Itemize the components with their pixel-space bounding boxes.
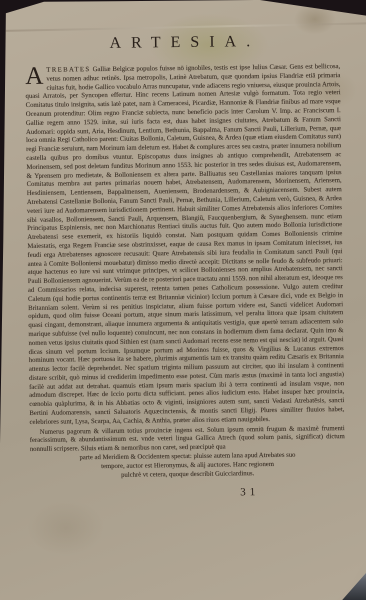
page-content: ARTESIA. ATREBATES Galliæ Belgicæ populo… bbox=[0, 0, 366, 600]
drop-cap: A bbox=[25, 67, 46, 86]
book-photo: ARTESIA. ATREBATES Galliæ Belgicæ populo… bbox=[0, 0, 366, 600]
page-number: 31 bbox=[240, 487, 259, 499]
book-page: ARTESIA. ATREBATES Galliæ Belgicæ populo… bbox=[0, 0, 366, 600]
paragraph-second: Numerus pagorum & villarum totius prouin… bbox=[30, 425, 345, 455]
paragraph-main-text: Galliæ Belgicæ populos fuisse nō ignobil… bbox=[25, 63, 344, 426]
page-title: ARTESIA. bbox=[0, 32, 363, 54]
paragraph-main: ATREBATES Galliæ Belgicæ populos fuisse … bbox=[25, 63, 344, 427]
body-text: ATREBATES Galliæ Belgicæ populos fuisse … bbox=[25, 63, 345, 481]
opening-word: TREBATES bbox=[46, 66, 90, 74]
